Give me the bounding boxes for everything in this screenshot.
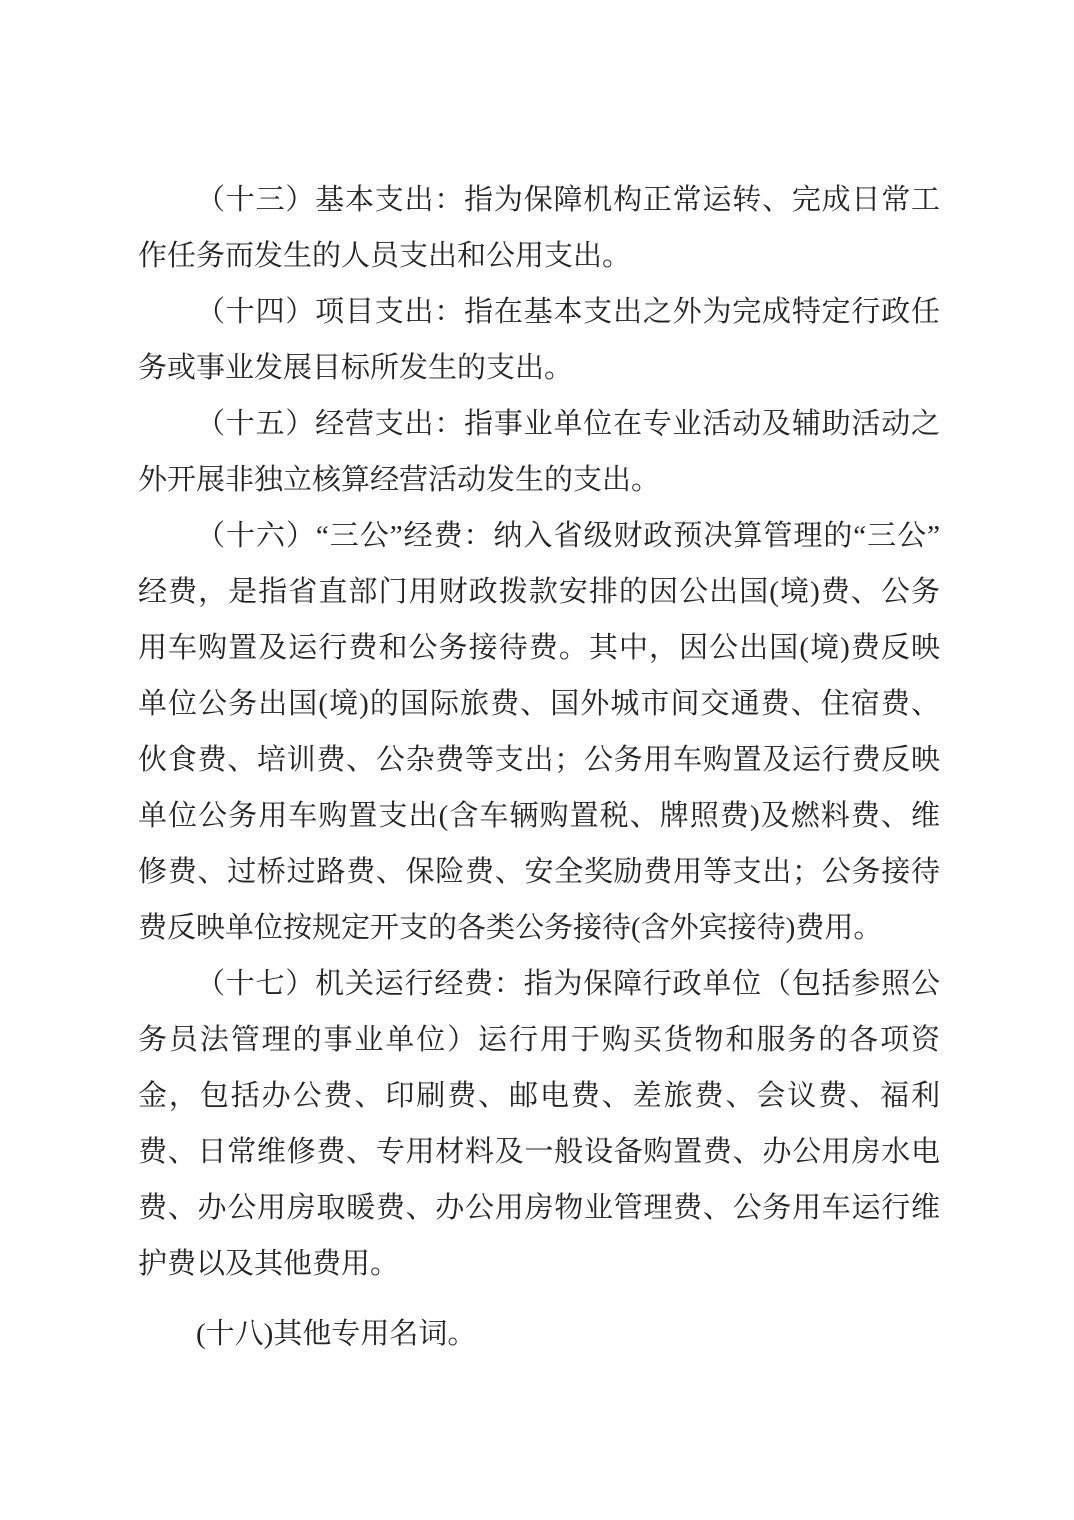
paragraph-operating-expenditure: （十五）经营支出：指事业单位在专业活动及辅助活动之外开展非独立核算经营活动发生的… [138, 396, 940, 508]
document-page: （十三）基本支出：指为保障机构正常运转、完成日常工作任务而发生的人员支出和公用支… [0, 0, 1074, 1520]
paragraph-three-public-funds: （十六）“三公”经费：纳入省级财政预决算管理的“三公”经费，是指省直部门用财政拨… [138, 508, 940, 956]
paragraph-agency-operating-funds: （十七）机关运行经费：指为保障行政单位（包括参照公务员法管理的事业单位）运行用于… [138, 956, 940, 1292]
paragraph-basic-expenditure: （十三）基本支出：指为保障机构正常运转、完成日常工作任务而发生的人员支出和公用支… [138, 172, 940, 284]
paragraph-project-expenditure: （十四）项目支出：指在基本支出之外为完成特定行政任务或事业发展目标所发生的支出。 [138, 284, 940, 396]
paragraph-other-special-terms: (十八)其他专用名词。 [138, 1306, 940, 1362]
